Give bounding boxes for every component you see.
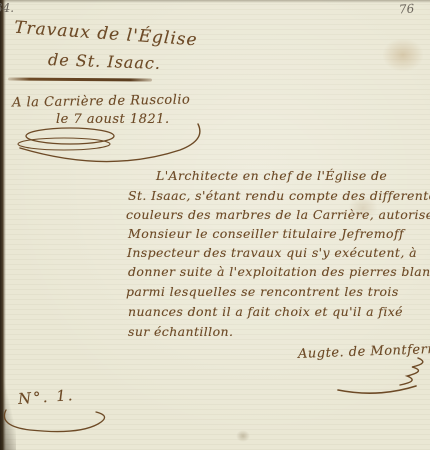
body-line: St. Isaac, s'étant rendu compte des diff… (128, 188, 430, 203)
body-line: sur échantillon. (128, 324, 233, 339)
body-line: parmi lesquelles se rencontrent les troi… (126, 284, 399, 299)
paper-stain (236, 430, 250, 442)
page-top-edge (0, 0, 430, 3)
letter-heading-line1: Travaux de l'Église (14, 18, 199, 51)
letter-heading-line2: de St. Isaac. (48, 50, 162, 73)
body-line: donner suite à l'exploitation des pierre… (128, 264, 430, 279)
manuscript-page: 34. 76 Travaux de l'Église de St. Isaac.… (0, 0, 430, 450)
body-line: Inspecteur des travaux qui s'y exécutent… (127, 245, 417, 260)
date-flourish-swirl (12, 122, 212, 168)
folio-number-right: 76 (399, 1, 415, 16)
letter-place-line: A la Carrière de Ruscolio (12, 92, 191, 110)
body-line: nuances dont il a fait choix et qu'il a … (128, 304, 403, 319)
heading-underline-rule (8, 77, 152, 81)
signature-flourish (330, 356, 430, 396)
body-line: L'Architecte en chef de l'Église de (156, 168, 387, 183)
paper-stain (382, 38, 424, 72)
folio-number-left: 34. (0, 1, 14, 15)
number-flourish (0, 402, 115, 438)
body-line: Monsieur le conseiller titulaire Jefremo… (128, 226, 404, 241)
body-line: couleurs des marbres de la Carrière, aut… (126, 207, 430, 222)
